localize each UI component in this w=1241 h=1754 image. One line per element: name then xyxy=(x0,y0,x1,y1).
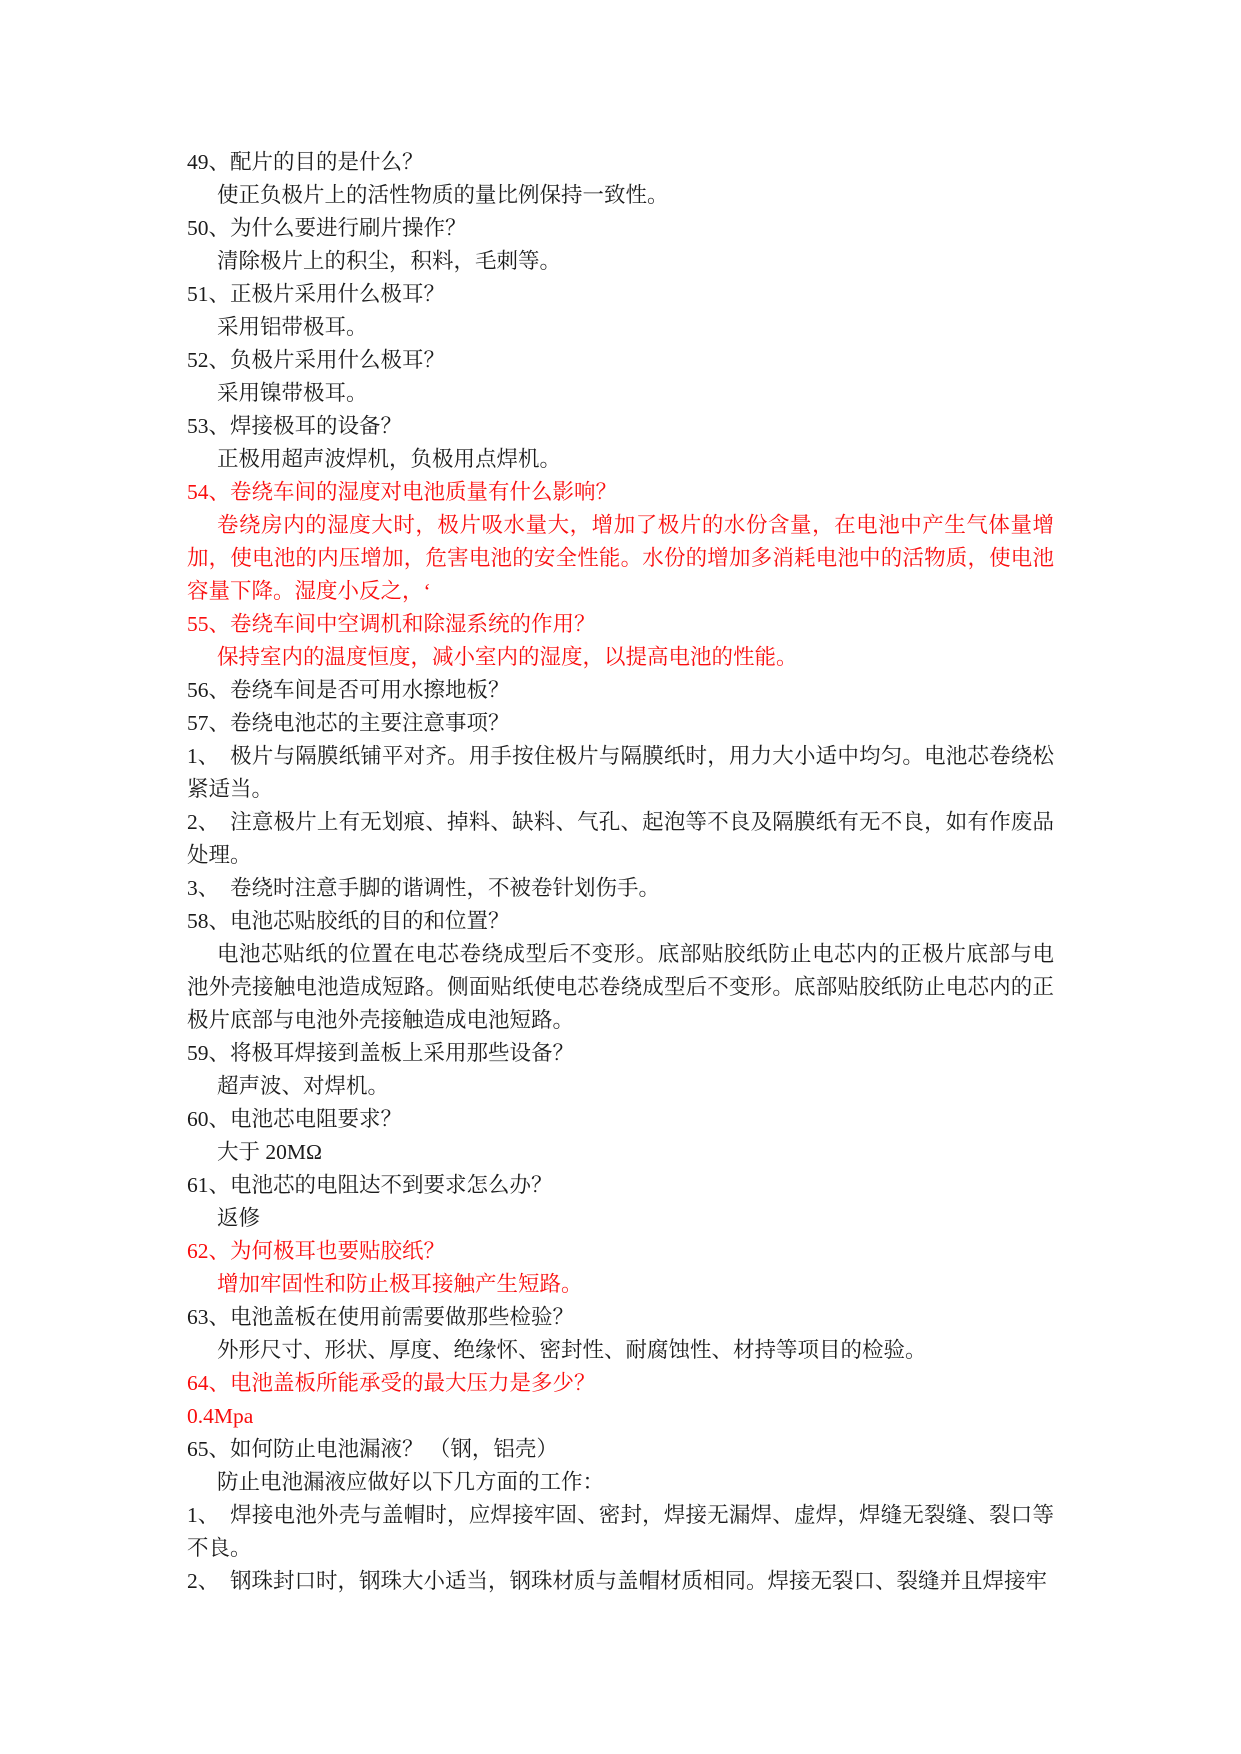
qa-question: 59、将极耳焊接到盖板上采用那些设备？ xyxy=(187,1037,1054,1070)
qa-question: 63、电池盖板在使用前需要做那些检验？ xyxy=(187,1301,1054,1334)
qa-answer: 卷绕房内的湿度大时，极片吸水量大，增加了极片的水份含量，在电池中产生气体量增加，… xyxy=(187,509,1054,608)
qa-answer: 外形尺寸、形状、厚度、绝缘怀、密封性、耐腐蚀性、材持等项目的检验。 xyxy=(187,1334,1054,1367)
list-item-text: 卷绕时注意手脚的谐调性，不被卷针划伤手。 xyxy=(230,876,660,900)
qa-answer: 防止电池漏液应做好以下几方面的工作： xyxy=(187,1466,1054,1499)
qa-list-item: 2、钢珠封口时，钢珠大小适当，钢珠材质与盖帽材质相同。焊接无裂口、裂缝并且焊接牢 xyxy=(187,1565,1054,1598)
qa-question: 64、电池盖板所能承受的最大压力是多少？ xyxy=(187,1367,1054,1400)
list-marker: 2、 xyxy=(187,1565,230,1598)
qa-answer: 增加牢固性和防止极耳接触产生短路。 xyxy=(187,1268,1054,1301)
qa-question: 55、卷绕车间中空调机和除湿系统的作用？ xyxy=(187,608,1054,641)
document-body: 49、配片的目的是什么？使正负极片上的活性物质的量比例保持一致性。50、为什么要… xyxy=(187,146,1054,1598)
qa-question: 51、正极片采用什么极耳？ xyxy=(187,278,1054,311)
qa-answer: 使正负极片上的活性物质的量比例保持一致性。 xyxy=(187,179,1054,212)
qa-answer: 电池芯贴纸的位置在电芯卷绕成型后不变形。底部贴胶纸防止电芯内的正极片底部与电池外… xyxy=(187,938,1054,1037)
qa-question: 54、卷绕车间的湿度对电池质量有什么影响？ xyxy=(187,476,1054,509)
qa-question: 60、电池芯电阻要求？ xyxy=(187,1103,1054,1136)
list-marker: 1、 xyxy=(187,1499,230,1532)
qa-answer: 采用镍带极耳。 xyxy=(187,377,1054,410)
list-marker: 2、 xyxy=(187,806,230,839)
qa-list-item: 2、注意极片上有无划痕、掉料、缺料、气孔、起泡等不良及隔膜纸有无不良，如有作废品… xyxy=(187,806,1054,872)
qa-question: 53、焊接极耳的设备？ xyxy=(187,410,1054,443)
qa-list-item: 1、焊接电池外壳与盖帽时，应焊接牢固、密封，焊接无漏焊、虚焊，焊缝无裂缝、裂口等… xyxy=(187,1499,1054,1565)
qa-answer: 超声波、对焊机。 xyxy=(187,1070,1054,1103)
qa-question: 52、负极片采用什么极耳？ xyxy=(187,344,1054,377)
list-item-text: 注意极片上有无划痕、掉料、缺料、气孔、起泡等不良及隔膜纸有无不良，如有作废品处理… xyxy=(187,810,1054,867)
list-item-text: 焊接电池外壳与盖帽时，应焊接牢固、密封，焊接无漏焊、虚焊，焊缝无裂缝、裂口等不良… xyxy=(187,1503,1054,1560)
qa-question: 65、如何防止电池漏液？ （钢，铝壳） xyxy=(187,1433,1054,1466)
list-item-text: 钢珠封口时，钢珠大小适当，钢珠材质与盖帽材质相同。焊接无裂口、裂缝并且焊接牢 xyxy=(230,1569,1047,1593)
qa-answer: 清除极片上的积尘，积料，毛刺等。 xyxy=(187,245,1054,278)
list-item-text: 极片与隔膜纸铺平对齐。用手按住极片与隔膜纸时，用力大小适中均匀。电池芯卷绕松紧适… xyxy=(187,744,1054,801)
qa-question: 61、电池芯的电阻达不到要求怎么办？ xyxy=(187,1169,1054,1202)
qa-question: 58、电池芯贴胶纸的目的和位置？ xyxy=(187,905,1054,938)
qa-question: 57、卷绕电池芯的主要注意事项？ xyxy=(187,707,1054,740)
qa-list-item: 1、极片与隔膜纸铺平对齐。用手按住极片与隔膜纸时，用力大小适中均匀。电池芯卷绕松… xyxy=(187,740,1054,806)
qa-question: 56、卷绕车间是否可用水擦地板？ xyxy=(187,674,1054,707)
qa-answer: 保持室内的温度恒度，减小室内的湿度，以提高电池的性能。 xyxy=(187,641,1054,674)
qa-answer: 返修 xyxy=(187,1202,1054,1235)
qa-question: 49、配片的目的是什么？ xyxy=(187,146,1054,179)
qa-question: 62、为何极耳也要贴胶纸？ xyxy=(187,1235,1054,1268)
list-marker: 1、 xyxy=(187,740,230,773)
qa-list-item: 3、卷绕时注意手脚的谐调性，不被卷针划伤手。 xyxy=(187,872,1054,905)
list-marker: 3、 xyxy=(187,872,230,905)
qa-answer: 0.4Mpa xyxy=(187,1400,1054,1433)
qa-question: 50、为什么要进行刷片操作？ xyxy=(187,212,1054,245)
qa-answer: 采用铝带极耳。 xyxy=(187,311,1054,344)
qa-answer: 正极用超声波焊机，负极用点焊机。 xyxy=(187,443,1054,476)
document-page: 49、配片的目的是什么？使正负极片上的活性物质的量比例保持一致性。50、为什么要… xyxy=(0,0,1241,1754)
qa-answer: 大于 20MΩ xyxy=(187,1136,1054,1169)
